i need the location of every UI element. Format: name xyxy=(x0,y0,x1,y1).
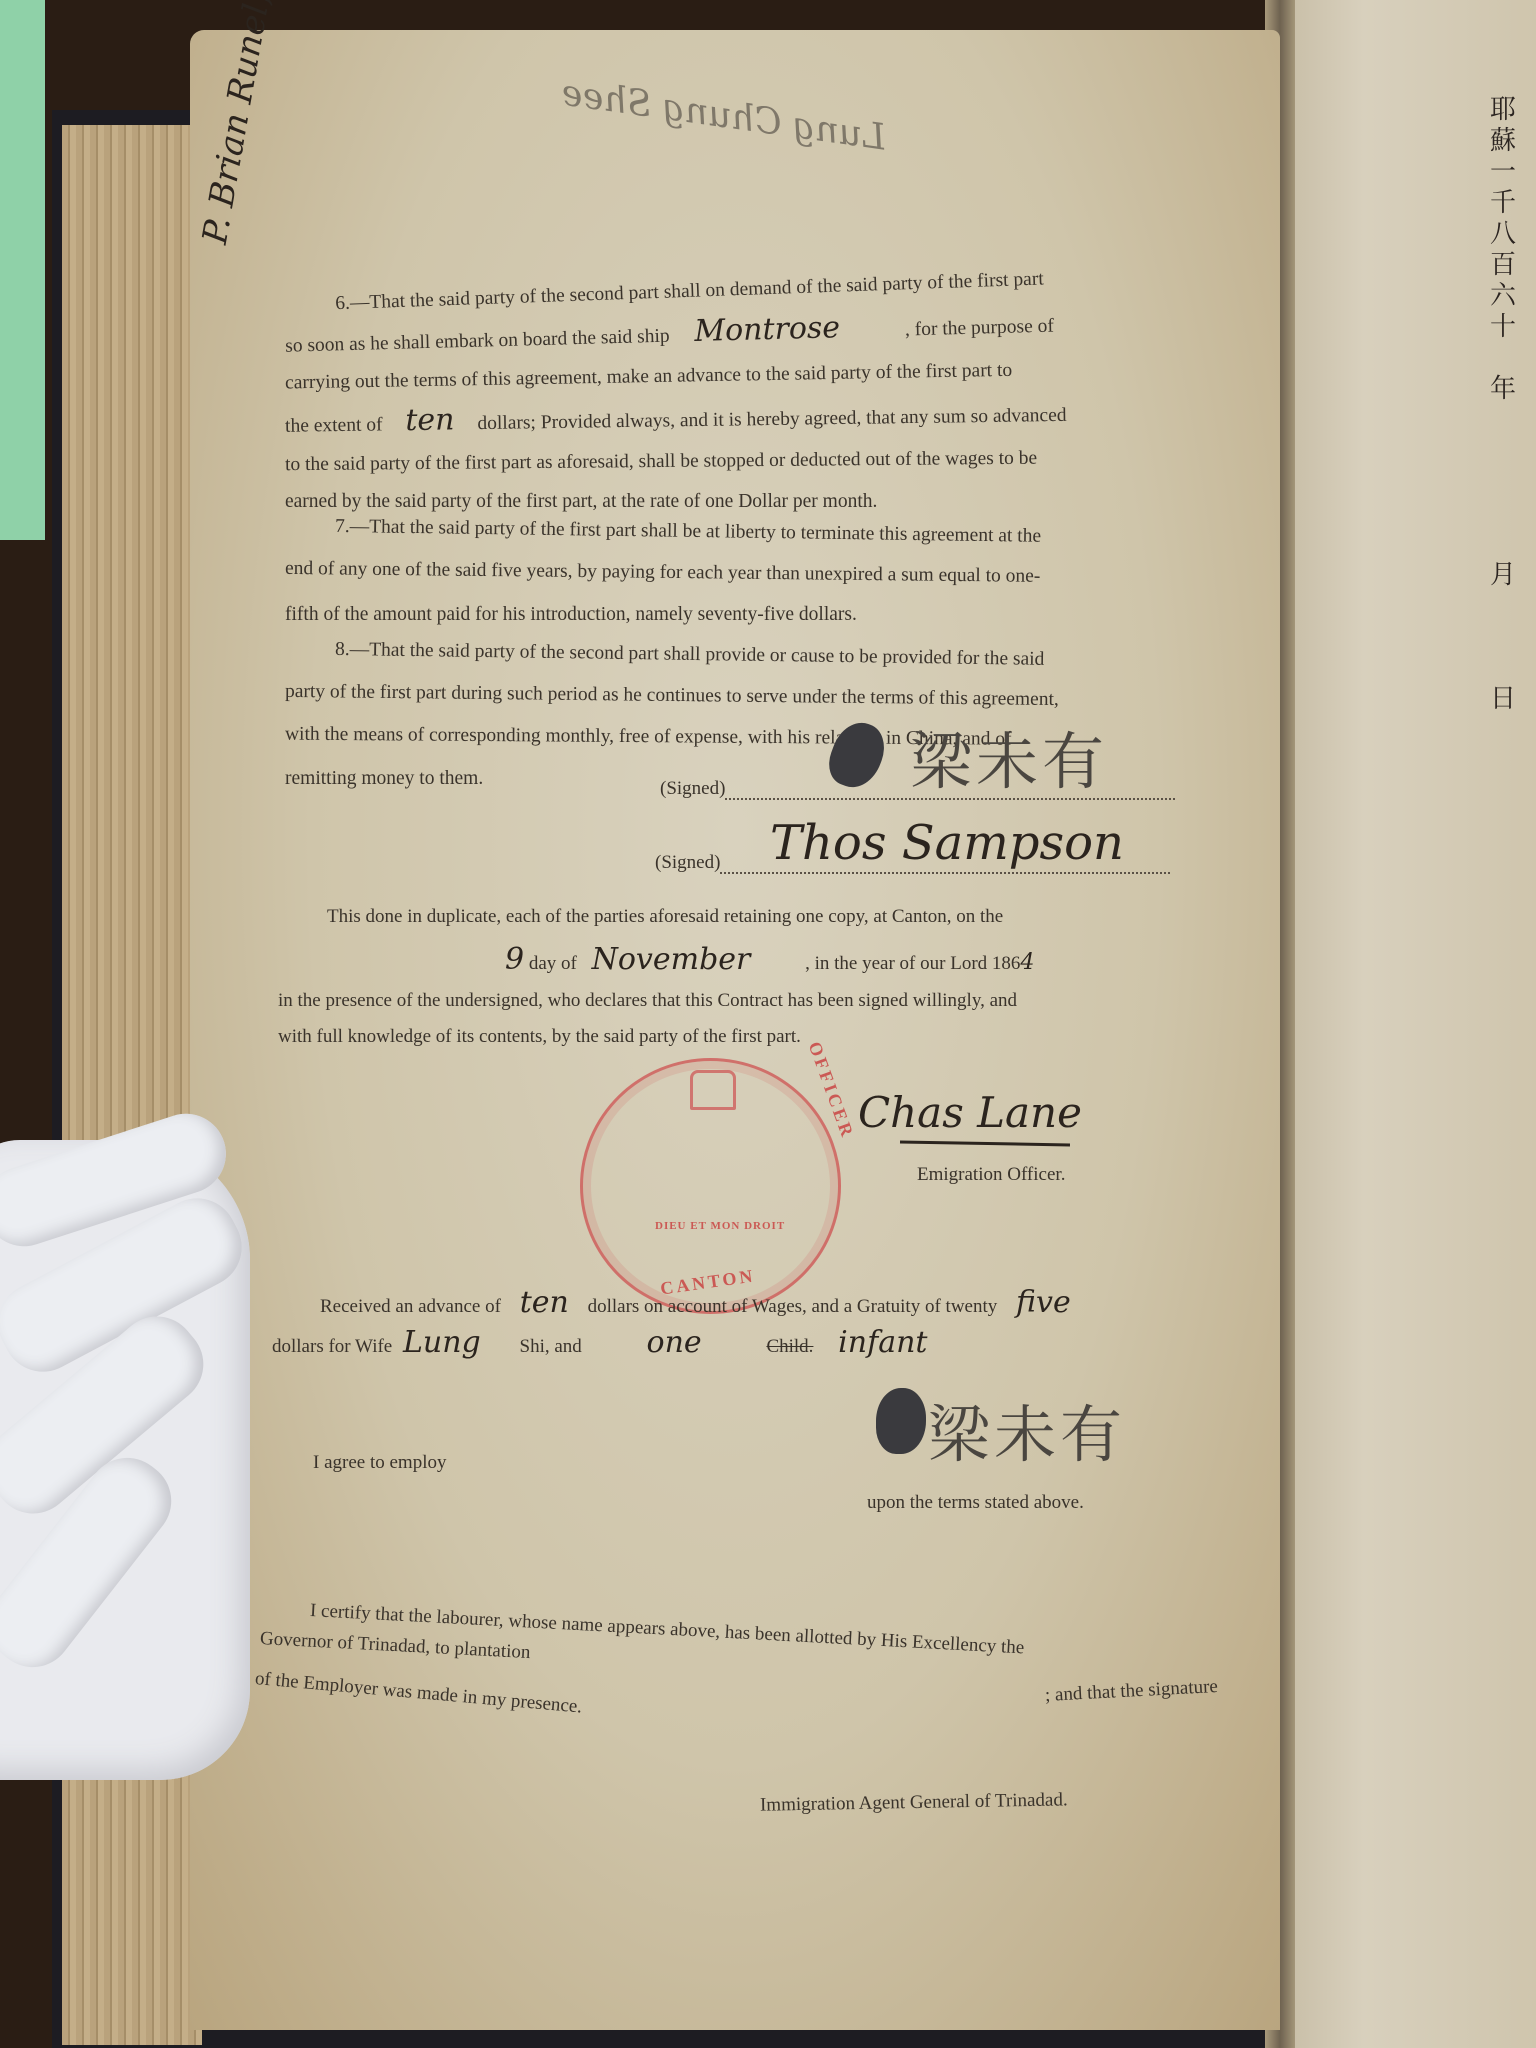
signed-label: (Signed) xyxy=(660,778,725,799)
seal-motto: DIEU ET MON DROIT xyxy=(655,1220,785,1232)
chinese-char: 月 xyxy=(1490,560,1516,590)
struck-child-word: Child. xyxy=(766,1336,813,1357)
chinese-char: 八 xyxy=(1490,219,1516,249)
text: dollars for Wife xyxy=(272,1336,392,1357)
handwritten-advance: ten xyxy=(405,402,455,438)
handwritten-advance-amount: ten xyxy=(520,1285,569,1320)
clause-7-line-3: fifth of the amount paid for his introdu… xyxy=(285,594,1255,635)
text: the extent of xyxy=(285,414,383,436)
handwritten-child-count: one xyxy=(647,1325,702,1360)
text: , for the purpose of xyxy=(905,316,1054,341)
crown-emblem xyxy=(690,1070,736,1110)
handwritten-month: November xyxy=(592,942,751,977)
handwritten-ship-name: Montrose xyxy=(694,310,841,349)
handwritten-day: 9 xyxy=(505,942,524,977)
chinese-char: 年 xyxy=(1490,374,1516,404)
chinese-char: 十 xyxy=(1490,312,1516,342)
signed-label: (Signed) xyxy=(655,852,720,873)
agree-to-employ: I agree to employ xyxy=(313,1452,446,1474)
clause-6-line-5: to the said party of the first part as a… xyxy=(285,436,1255,485)
green-paper-sheet xyxy=(0,0,45,540)
handwritten-year-digit: 4 xyxy=(1020,950,1034,975)
chinese-char: 耶 xyxy=(1490,95,1516,125)
handwritten-wife-name: Lung xyxy=(403,1325,481,1360)
receipt-line-1: Received an advance of ten dollars on ac… xyxy=(320,1285,1071,1320)
chinese-char: 日 xyxy=(1490,684,1516,714)
employer-signature: Thos Sampson xyxy=(770,815,1124,871)
facing-page-chinese-date: 耶 蘇 一 千 八 百 六 十 年 月 日 xyxy=(1490,95,1520,715)
text: dollars; Provided always, and it is here… xyxy=(477,405,1066,434)
chinese-char: 一 xyxy=(1490,157,1516,187)
clause-7-line-2: end of any one of the said five years, b… xyxy=(285,548,1255,599)
chinese-char: 千 xyxy=(1490,188,1516,218)
chinese-char: 六 xyxy=(1490,281,1516,311)
text: , in the year of our Lord 186 xyxy=(805,953,1020,974)
duplicate-line-3: in the presence of the undersigned, who … xyxy=(278,990,1017,1012)
duplicate-line-1: This done in duplicate, each of the part… xyxy=(327,906,1003,928)
text: day of xyxy=(529,953,577,974)
terms-stated-above: upon the terms stated above. xyxy=(867,1492,1084,1514)
clause-6: 6.—That the said party of the second par… xyxy=(285,268,1255,522)
handwritten-gratuity-extra: five xyxy=(1016,1285,1071,1320)
clause-8: 8.—That the said party of the second par… xyxy=(285,635,1255,799)
officer-signature: Chas Lane xyxy=(858,1088,1082,1137)
officer-title: Emigration Officer. xyxy=(917,1164,1065,1186)
receipt-line-2: dollars for Wife Lung Shi, and one Child… xyxy=(272,1325,927,1360)
text: Received an advance of xyxy=(320,1296,501,1317)
handwritten-infant: infant xyxy=(838,1325,927,1360)
chinese-char: 蘇 xyxy=(1490,126,1516,156)
clause-7: 7.—That the said party of the first part… xyxy=(285,512,1255,635)
thumbprint-2 xyxy=(876,1388,926,1454)
labourer-chinese-signature-2: 梁未有 xyxy=(928,1385,1126,1474)
duplicate-line-4: with full knowledge of its contents, by … xyxy=(278,1026,801,1048)
duplicate-line-2: 9 day of November , in the year of our L… xyxy=(505,942,1034,977)
text: Shi, and xyxy=(520,1336,582,1357)
clause-8-line-3: with the means of corresponding monthly,… xyxy=(285,714,1255,762)
text: dollars on account of Wages, and a Gratu… xyxy=(588,1296,998,1317)
text: so soon as he shall embark on board the … xyxy=(285,326,670,357)
chinese-char: 百 xyxy=(1490,250,1516,280)
labourer-chinese-signature: 梁未有 xyxy=(910,712,1108,801)
